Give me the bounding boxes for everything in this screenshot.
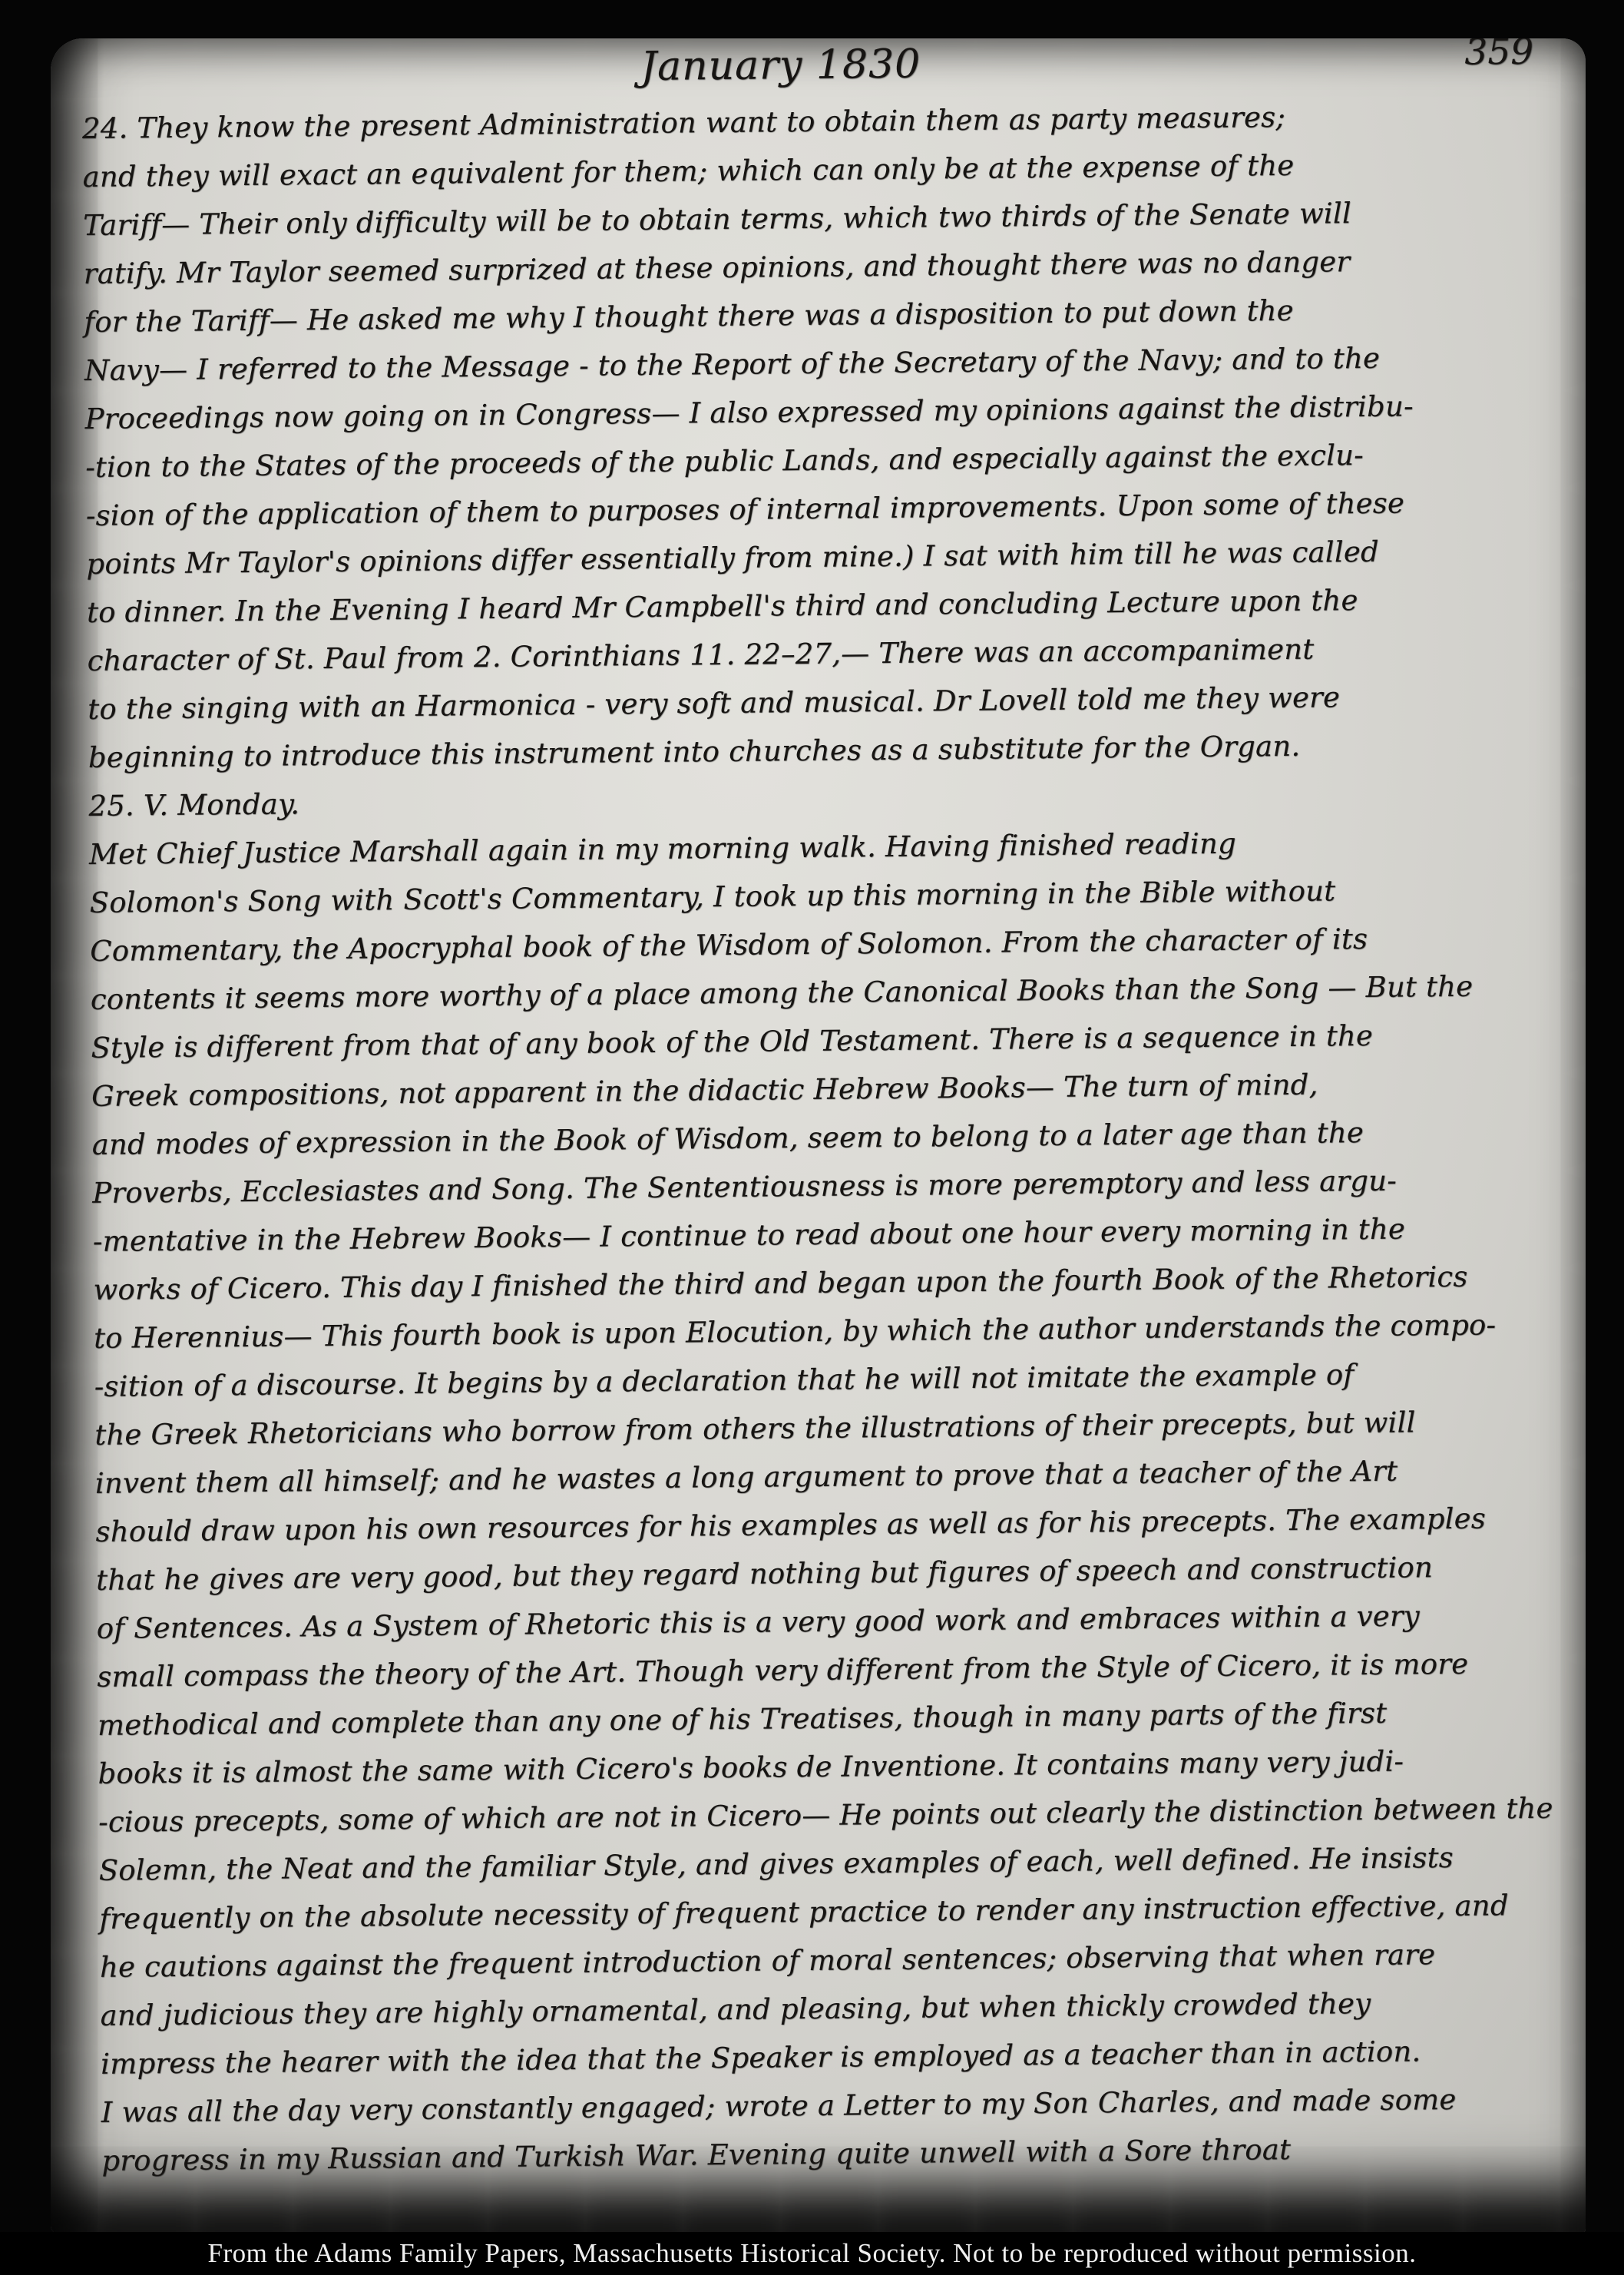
archive-caption: From the Adams Family Papers, Massachuse… [208,2238,1417,2269]
manuscript-text: 24. They know the present Administration… [82,90,1585,2184]
page-number: 359 [1464,38,1533,74]
page-header: January 1830 359 [81,38,1565,100]
page-title: January 1830 [81,38,1480,95]
manuscript-page: January 1830 359 24. They know the prese… [51,38,1586,2234]
manuscript-content: January 1830 359 24. They know the prese… [81,38,1585,2185]
manuscript-photo: January 1830 359 24. They know the prese… [0,0,1624,2275]
archive-caption-band: From the Adams Family Papers, Massachuse… [0,2232,1624,2275]
